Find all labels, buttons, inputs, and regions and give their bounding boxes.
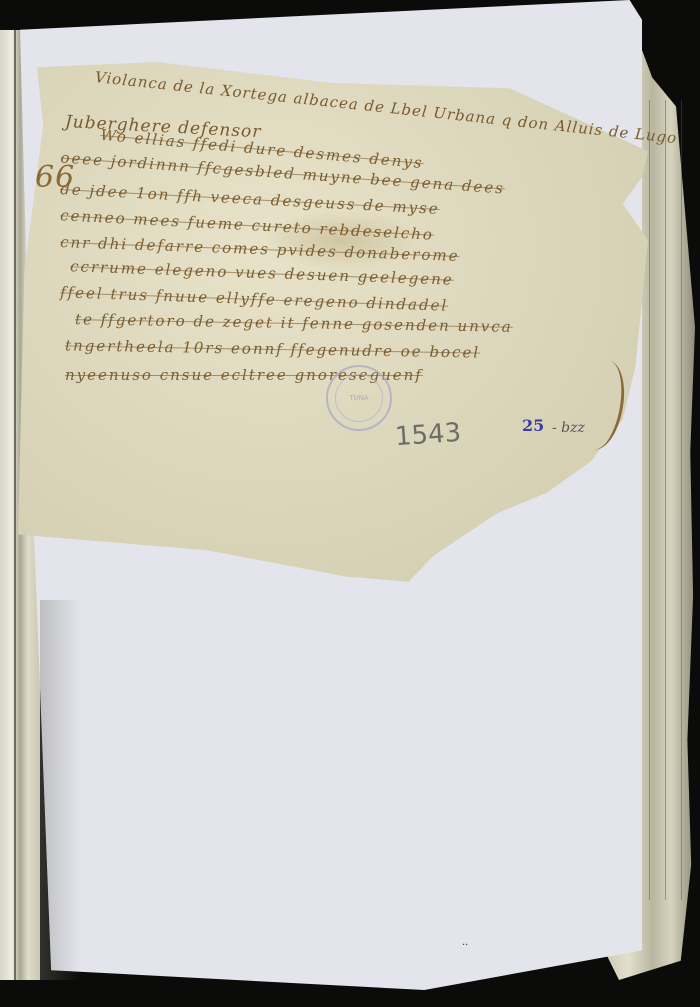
sheet-shadow [40, 600, 80, 980]
archive-stamp: TUNA [326, 365, 392, 431]
binding-line [14, 30, 16, 980]
stamp-text: TUNA [335, 374, 383, 422]
blue-ink-suffix: - bzz [552, 420, 585, 436]
page-edge-lines [640, 100, 690, 900]
pencil-catalog-number: 1543 [394, 418, 462, 453]
paper-specks: ·· [462, 940, 468, 951]
blue-ink-number: 25 [522, 416, 544, 435]
